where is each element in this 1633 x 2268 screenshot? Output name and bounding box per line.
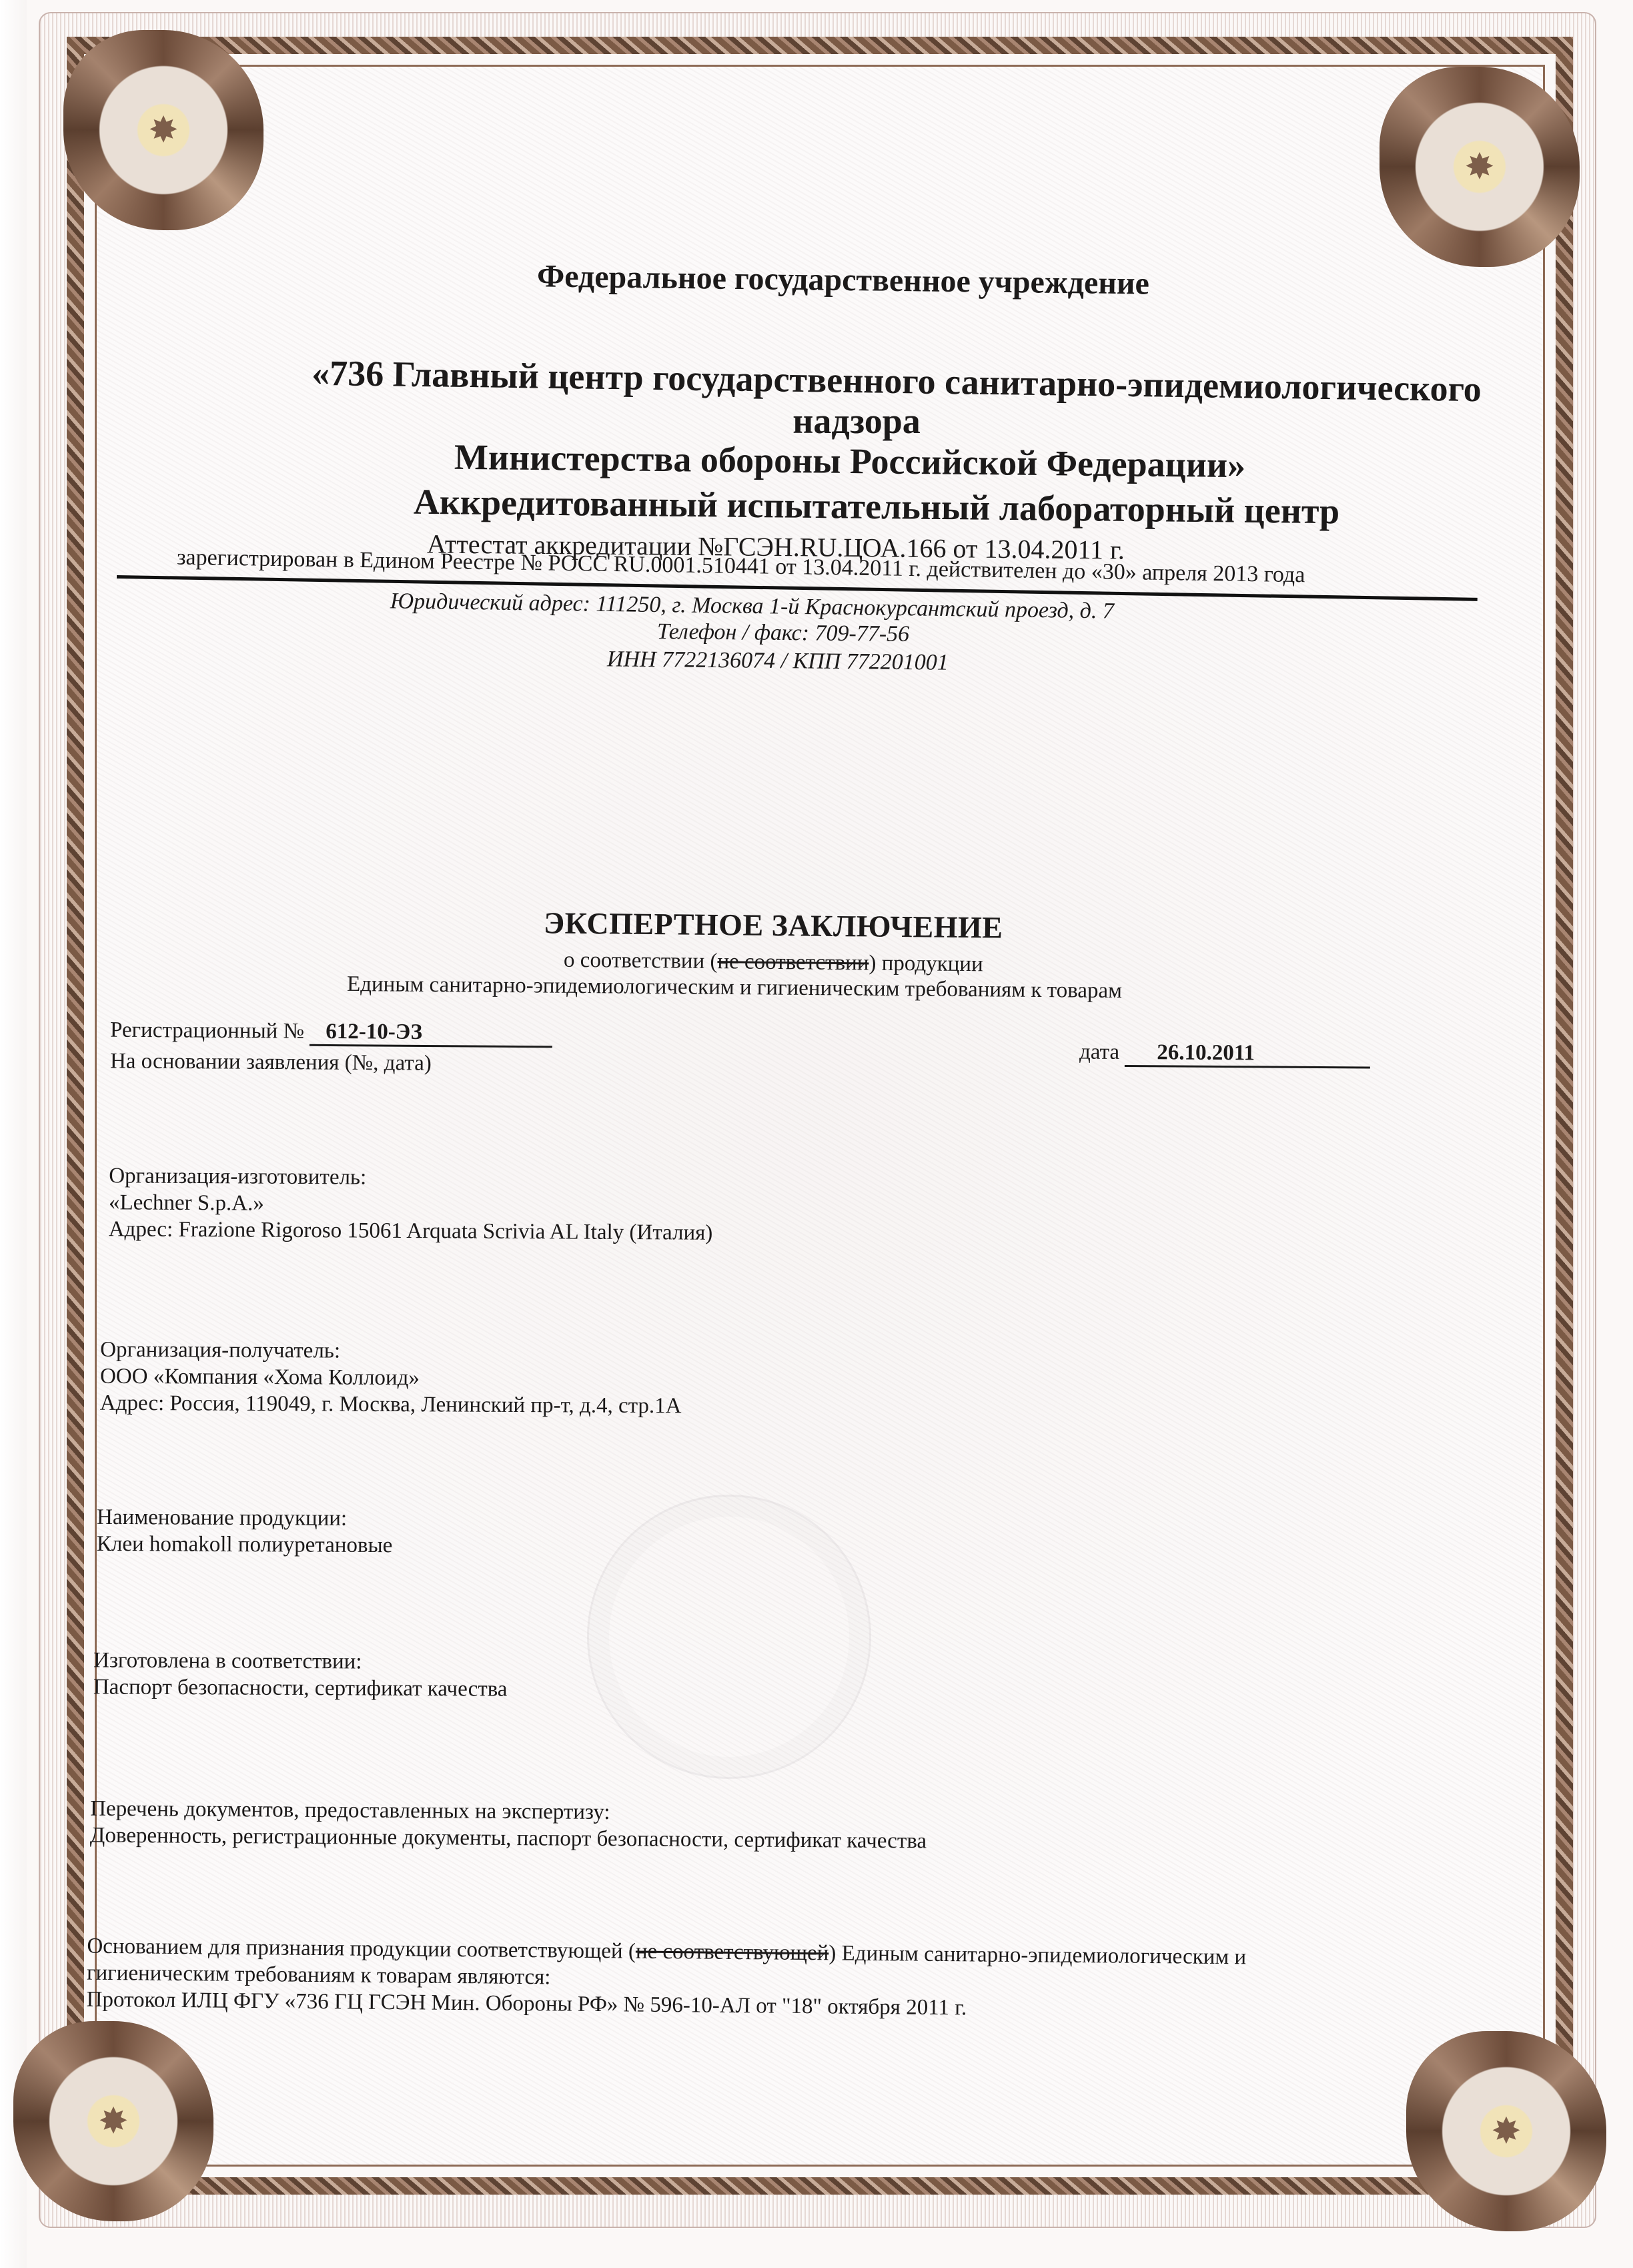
date-value: 26.10.2011 bbox=[1125, 1040, 1370, 1069]
date-label: дата bbox=[1079, 1040, 1119, 1064]
federal-institution-heading: Федеральное государственное учреждение bbox=[27, 252, 1633, 308]
legal-address: Юридический адрес: 111250, г. Москва 1-й… bbox=[390, 589, 1114, 624]
reg-number-label: Регистрационный № bbox=[110, 1018, 304, 1044]
reg-number-value: 612-10-ЭЗ bbox=[310, 1020, 552, 1048]
recipient-address: Адрес: Россия, 119049, г. Москва, Ленинс… bbox=[100, 1390, 682, 1420]
subtitle-prefix: о соответствии ( bbox=[564, 948, 718, 974]
subtitle-suffix: ) продукции bbox=[869, 951, 983, 976]
manufacturer-address: Адрес: Frazione Rigoroso 15061 Arquata S… bbox=[109, 1216, 713, 1246]
product-label: Наименование продукции: bbox=[97, 1504, 393, 1532]
manufacturer-section: Организация-изготовитель: «Lechner S.p.A… bbox=[109, 1162, 713, 1246]
documents-section: Перечень документов, предоставленных на … bbox=[90, 1796, 927, 1855]
manufacturer-label: Организация-изготовитель: bbox=[109, 1162, 713, 1193]
basis-application-label: На основании заявления (№, дата) bbox=[110, 1049, 432, 1076]
subtitle-struck-text: не соответствии bbox=[717, 950, 869, 975]
recipient-label: Организация-получатель: bbox=[100, 1337, 682, 1367]
documents-value: Доверенность, регистрационные документы,… bbox=[90, 1822, 927, 1855]
basis-section: Основанием для признания продукции соотв… bbox=[86, 1933, 1246, 2024]
product-section: Наименование продукции: Клеи homakoll по… bbox=[97, 1504, 393, 1559]
manufactured-per-section: Изготовлена в соответствии: Паспорт безо… bbox=[93, 1647, 508, 1702]
basis-struck-text: не соответствующей bbox=[636, 1940, 829, 1966]
basis-prefix: Основанием для признания продукции соотв… bbox=[87, 1934, 636, 1964]
product-value: Клеи homakoll полиуретановые bbox=[97, 1531, 393, 1559]
inn-kpp: ИНН 7722136074 / КПП 772201001 bbox=[607, 647, 949, 675]
phone-fax: Телефон / факс: 709-77-56 bbox=[657, 619, 910, 647]
date-row: дата 26.10.2011 bbox=[1079, 1040, 1371, 1068]
document-title: ЭКСПЕРТНОЕ ЗАКЛЮЧЕНИЕ bbox=[544, 905, 1003, 945]
manufactured-per-value: Паспорт безопасности, сертификат качеств… bbox=[93, 1673, 508, 1702]
document-content: Федеральное государственное учреждение «… bbox=[0, 0, 1633, 2268]
recipient-section: Организация-получатель: ООО «Компания «Х… bbox=[100, 1337, 682, 1420]
manufacturer-name: «Lechner S.p.A.» bbox=[109, 1189, 713, 1220]
document-subtitle-line2: Единым санитарно-эпидемиологическим и ги… bbox=[347, 972, 1122, 1004]
registration-number-row: Регистрационный № 612-10-ЭЗ bbox=[110, 1018, 553, 1048]
basis-suffix: ) Единым санитарно-эпидемиологическим и bbox=[829, 1941, 1246, 1969]
document-subtitle: о соответствии (не соответствии) продукц… bbox=[564, 948, 983, 978]
recipient-name: ООО «Компания «Хома Коллоид» bbox=[100, 1363, 682, 1393]
manufactured-per-label: Изготовлена в соответствии: bbox=[93, 1647, 508, 1675]
